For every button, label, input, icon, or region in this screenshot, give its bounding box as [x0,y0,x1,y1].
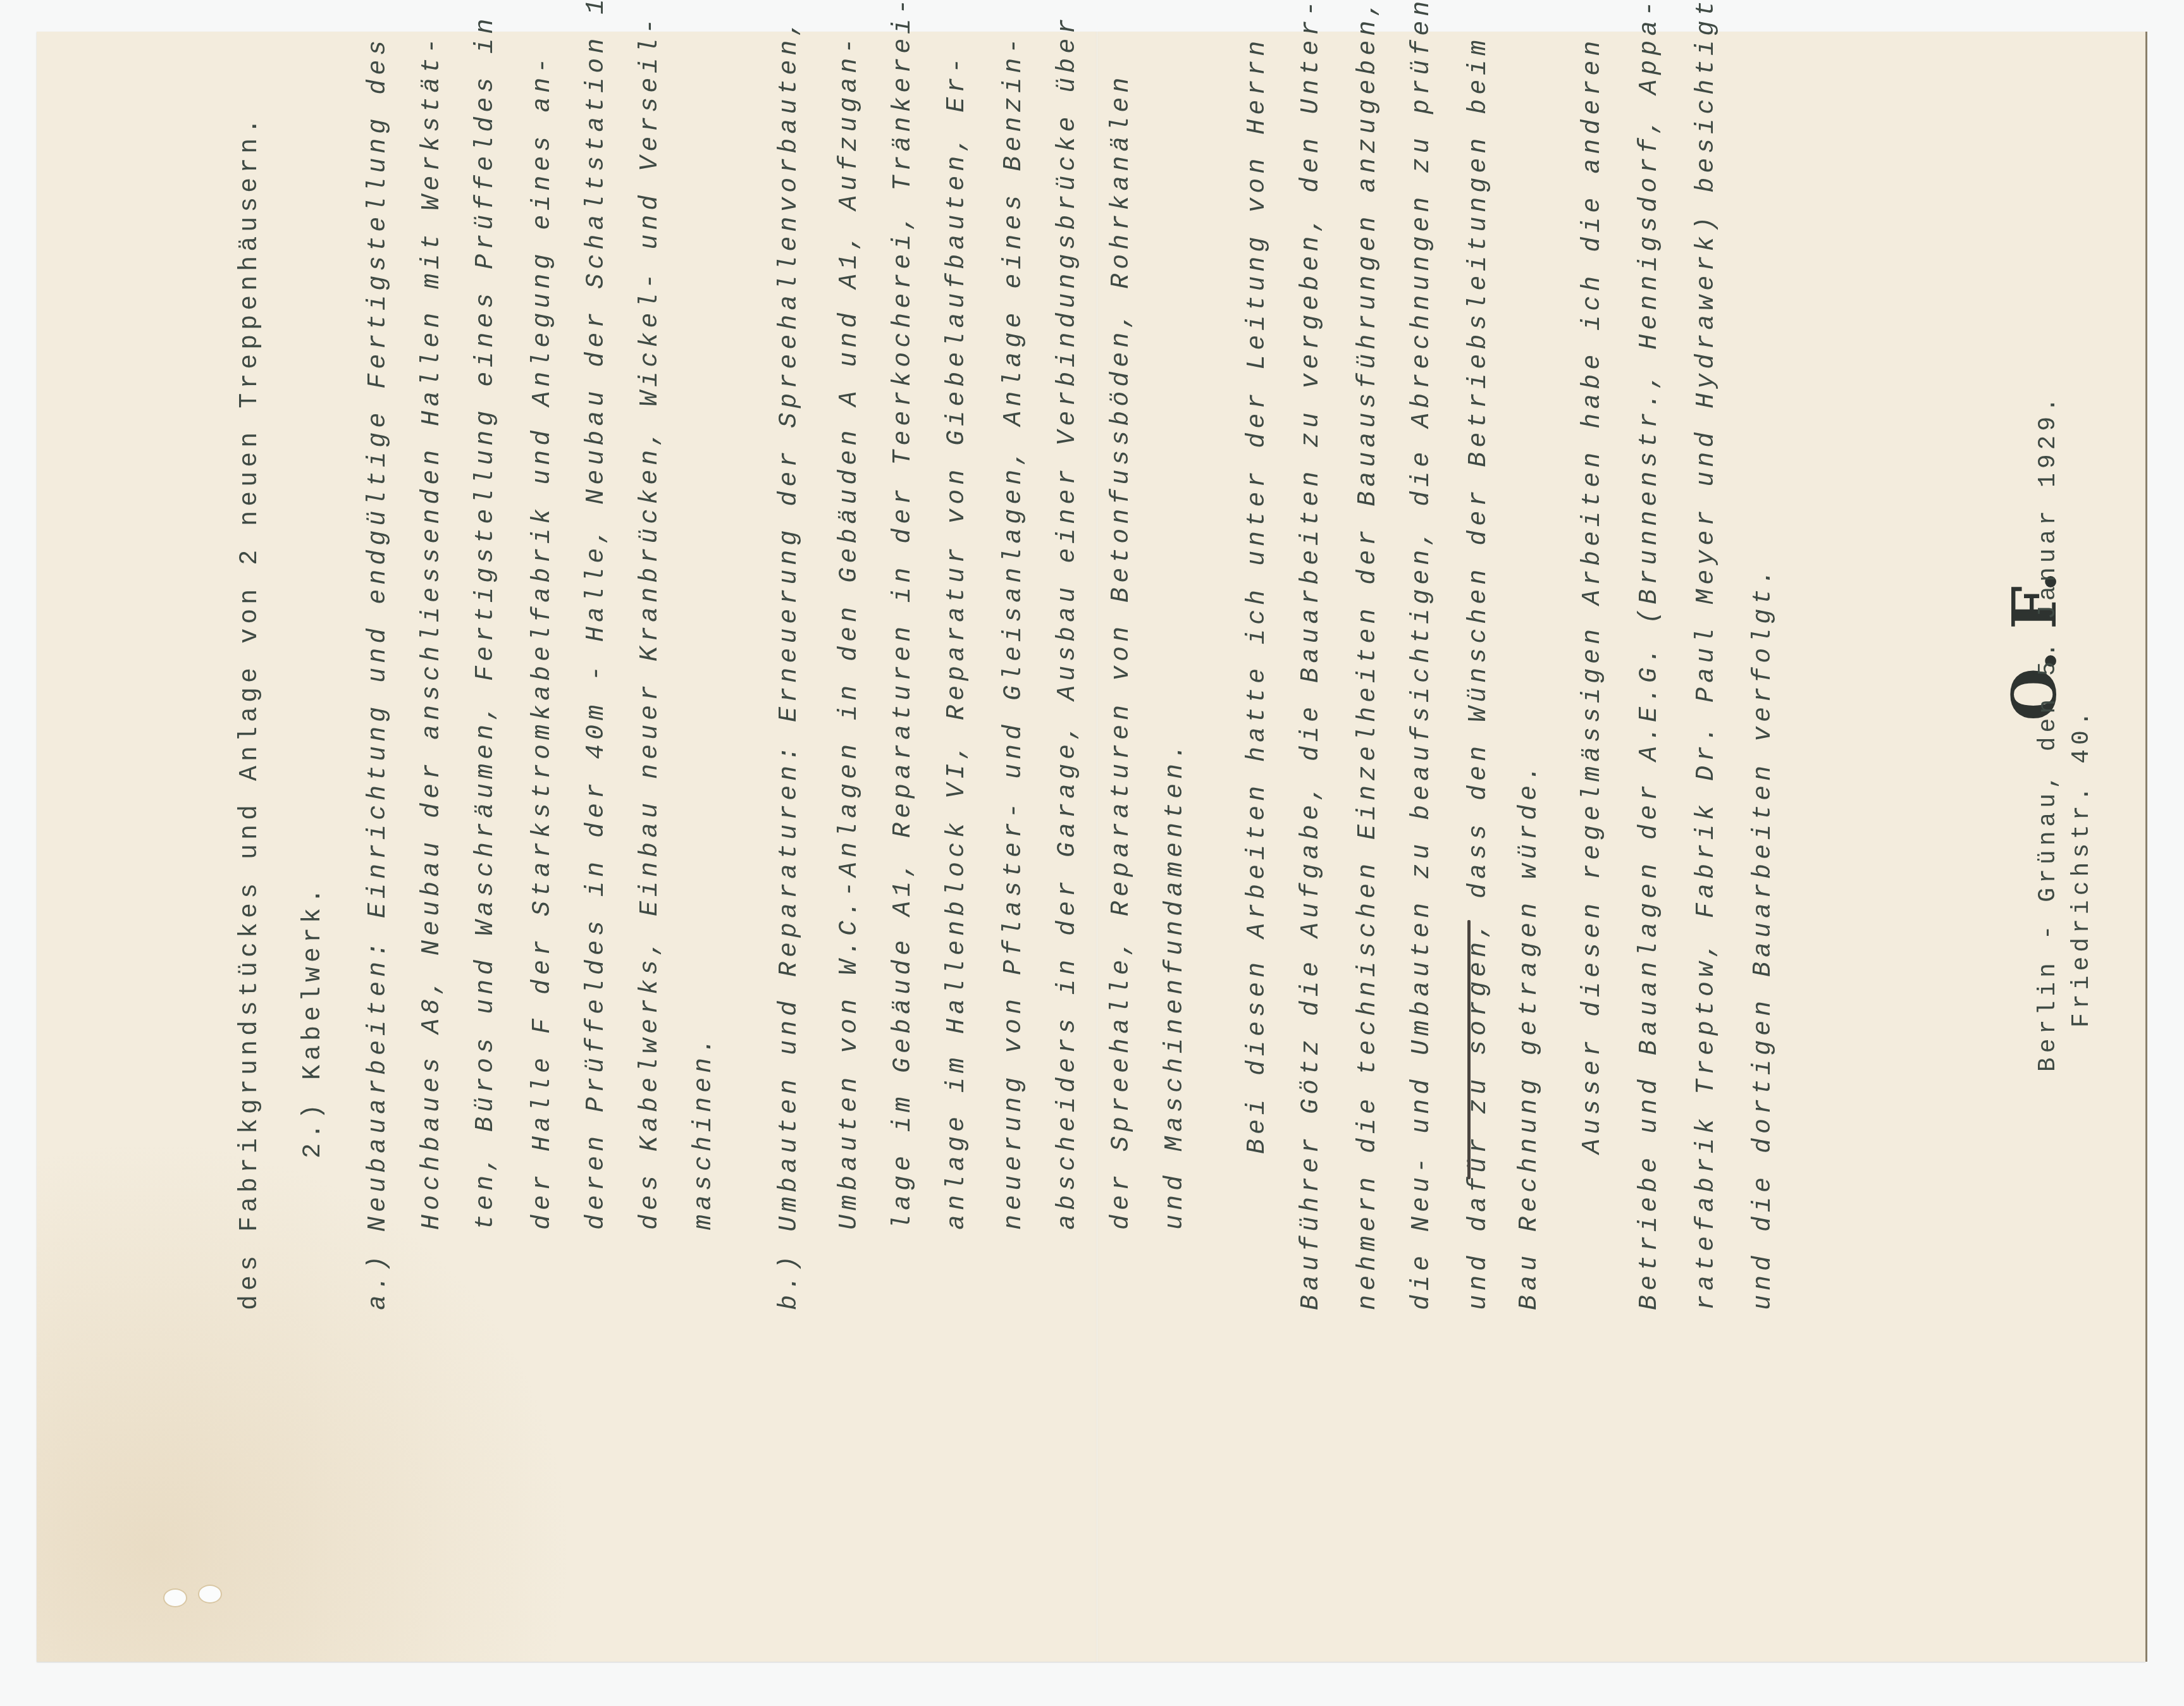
punch-hole [163,1588,187,1607]
text-line: Bau Rechnung getragen würde. [1515,761,1545,1310]
text-line-underlined: die Neu- und Umbauten zu beaufsichtigen,… [1407,0,1438,1310]
text-line: des Fabrikgrundstückes und Anlage von 2 … [235,114,266,1310]
document-page [37,32,2145,1662]
text-line: Hochbaues A8, Neubau der anschliessenden… [417,34,448,1230]
text-line: und Maschinenfundamenten. [1161,740,1191,1230]
underline-mark [1467,920,1471,1179]
text-line: lage im Gebäude A1, Reparaturen in der T… [889,0,919,1230]
address: Friedrichstr. 40. [2067,707,2097,1028]
text-line: abscheiders in der Garage, Ausbau einer … [1053,15,1083,1230]
text-line: nehmern die technischen Einzelheiten der… [1354,0,1384,1310]
place-date: Berlin - Grünau, den 5. Januar 1929. [2033,393,2064,1072]
fold-crease [1096,32,1098,1662]
text-line: a.) Neubauarbeiten: Einrichtung und endg… [364,36,394,1310]
text-line: neuerung von Pflaster- und Gleisanlagen,… [999,34,1030,1230]
text-line: Bauführer Götz die Aufgabe, die Bauarbei… [1297,0,1327,1310]
text-line: der Spreehalle, Reparaturen von Betonfus… [1107,73,1137,1230]
text-line: Bei diesen Arbeiten hatte ich unter der … [1243,37,1273,1154]
text-line: Betriebe und Bauanlagen der A.E.G. (Brun… [1635,0,1665,1310]
text-line: ten, Büros und Waschräumen, Fertigstellu… [471,15,502,1230]
text-line: und die dortigen Bauarbeiten verfolgt. [1749,565,1779,1310]
text-line: Ausser diesen regelmässigen Arbeiten hab… [1578,37,1608,1154]
text-line: der Halle F der Starkstromkabelfabrik un… [528,54,558,1230]
text-line: b.) Umbauten und Reparaturen: Erneuerung… [775,16,805,1310]
punch-hole [198,1585,222,1604]
text-line: deren Prüffeldes in der 40m - Halle, Neu… [582,0,612,1230]
text-line: des Kabelwerks, Einbau neuer Kranbrücken… [636,15,666,1230]
text-line: maschinen. [689,1034,720,1230]
text-line: anlage im Hallenblock VI, Reparatur von … [942,54,973,1230]
section-heading: 2.) Kabelwerk. [299,884,329,1158]
text-line: ratefabrik Treptow, Fabrik Dr. Paul Meye… [1692,0,1722,1310]
text-line: Umbauten von W.C.-Anlagen in den Gebäude… [835,34,865,1230]
